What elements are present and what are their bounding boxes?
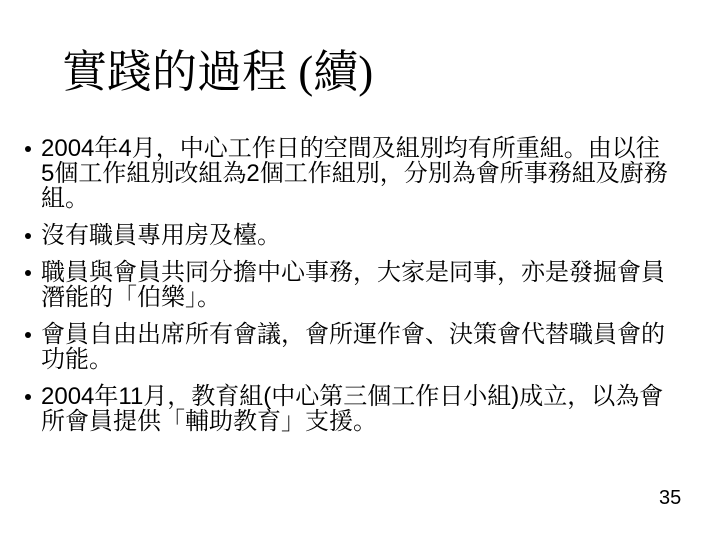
bullet-icon: [25, 146, 31, 152]
bullet-text-line: 2004年11月，教育組(中心第三個工作日小組)成立，以為會: [41, 384, 663, 409]
bullet-icon: [25, 270, 31, 276]
bullet-text: 會員自由出席所有會議，會所運作會、決策會代替職員會的 功能。: [41, 322, 665, 372]
bullet-text-line: 組。: [41, 186, 668, 211]
bullet-text-line: 2004年4月，中心工作日的空間及組別均有所重組。由以往: [41, 136, 668, 161]
slide-title: 實踐的過程 (續): [62, 48, 373, 98]
page-number: 35: [659, 487, 681, 509]
bullet-item: 會員自由出席所有會議，會所運作會、決策會代替職員會的 功能。: [25, 322, 706, 372]
bullet-item: 職員與會員共同分擔中心事務，大家是同事，亦是發掘會員 潛能的「伯樂」。: [25, 260, 706, 310]
bullet-item: 2004年4月，中心工作日的空間及組別均有所重組。由以往 5個工作組別改組為2個…: [25, 136, 706, 211]
bullet-item: 沒有職員專用房及檯。: [25, 223, 706, 248]
bullet-icon: [25, 233, 31, 239]
bullet-text: 職員與會員共同分擔中心事務，大家是同事，亦是發掘會員 潛能的「伯樂」。: [41, 260, 665, 310]
bullet-text-line: 潛能的「伯樂」。: [41, 285, 665, 310]
bullet-text-line: 會員自由出席所有會議，會所運作會、決策會代替職員會的: [41, 322, 665, 347]
bullet-text: 2004年11月，教育組(中心第三個工作日小組)成立，以為會 所會員提供「輔助教…: [41, 384, 663, 434]
bullet-item: 2004年11月，教育組(中心第三個工作日小組)成立，以為會 所會員提供「輔助教…: [25, 384, 706, 434]
bullet-text-line: 職員與會員共同分擔中心事務，大家是同事，亦是發掘會員: [41, 260, 665, 285]
bullet-icon: [25, 394, 31, 400]
slide: 實踐的過程 (續) 2004年4月，中心工作日的空間及組別均有所重組。由以往 5…: [0, 0, 720, 540]
bullet-text-line: 功能。: [41, 347, 665, 372]
bullet-list: 2004年4月，中心工作日的空間及組別均有所重組。由以往 5個工作組別改組為2個…: [0, 136, 720, 446]
bullet-text-line: 5個工作組別改組為2個工作組別，分別為會所事務組及廚務: [41, 161, 668, 186]
bullet-icon: [25, 332, 31, 338]
bullet-text: 2004年4月，中心工作日的空間及組別均有所重組。由以往 5個工作組別改組為2個…: [41, 136, 668, 211]
bullet-text-line: 沒有職員專用房及檯。: [41, 223, 281, 248]
bullet-text: 沒有職員專用房及檯。: [41, 223, 281, 248]
bullet-text-line: 所會員提供「輔助教育」支援。: [41, 409, 663, 434]
